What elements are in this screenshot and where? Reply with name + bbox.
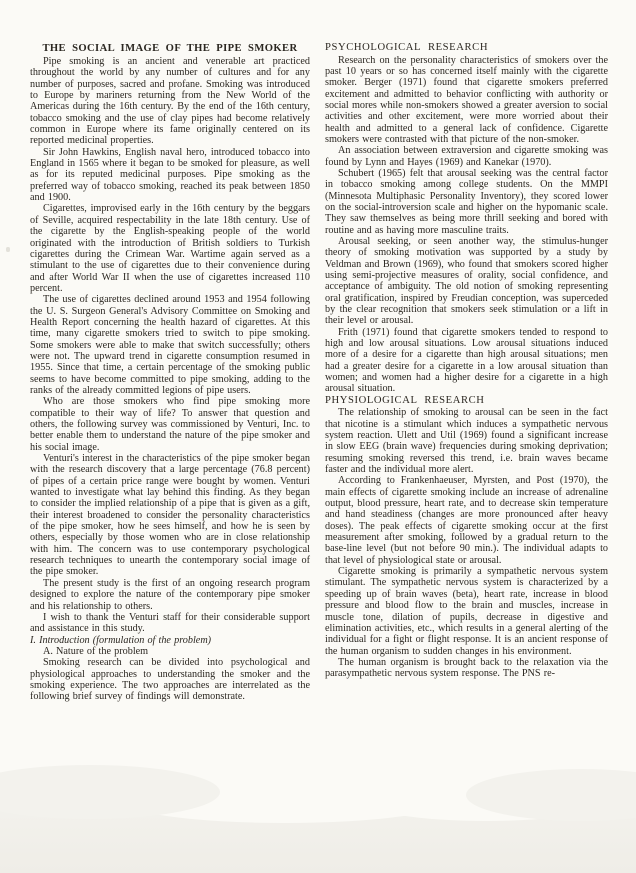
body-paragraph: Venturi's interest in the characteristic… — [30, 453, 310, 578]
body-paragraph: Research on the personality characterist… — [325, 55, 608, 146]
body-paragraph: The present study is the first of an ong… — [30, 578, 310, 612]
two-column-layout: THE SOCIAL IMAGE OF THE PIPE SMOKER Pipe… — [30, 42, 608, 703]
body-paragraph: An association between extraversion and … — [325, 145, 608, 168]
section-heading-physiological-research: PHYSIOLOGICAL RESEARCH — [325, 395, 608, 408]
scan-shadow-artifact — [0, 799, 636, 873]
scan-speck-artifact — [6, 247, 10, 252]
body-paragraph: Schubert (1965) felt that arousal seekin… — [325, 168, 608, 236]
body-paragraph: The use of cigarettes declined around 19… — [30, 294, 310, 396]
body-paragraph: Smoking research can be divided into psy… — [30, 657, 310, 702]
body-paragraph: The relationship of smoking to arousal c… — [325, 407, 608, 475]
section-heading-introduction: I. Introduction (formulation of the prob… — [30, 635, 310, 646]
subsection-heading-nature-of-problem: A. Nature of the problem — [30, 646, 310, 657]
body-paragraph: Frith (1971) found that cigarette smoker… — [325, 327, 608, 395]
left-column: THE SOCIAL IMAGE OF THE PIPE SMOKER Pipe… — [30, 42, 310, 703]
body-paragraph: I wish to thank the Venturi staff for th… — [30, 612, 310, 635]
body-paragraph: Cigarettes, improvised early in the 16th… — [30, 203, 310, 294]
body-paragraph: The human organism is brought back to th… — [325, 657, 608, 680]
article-title: THE SOCIAL IMAGE OF THE PIPE SMOKER — [30, 42, 310, 55]
body-paragraph: Sir John Hawkins, English naval hero, in… — [30, 147, 310, 204]
body-paragraph: Arousal seeking, or seen another way, th… — [325, 236, 608, 327]
right-column: PSYCHOLOGICAL RESEARCH Research on the p… — [325, 42, 608, 703]
body-paragraph: Cigarette smoking is primarily a sympath… — [325, 566, 608, 657]
body-paragraph: Who are those smokers who find pipe smok… — [30, 396, 310, 453]
body-paragraph: According to Frankenhaeuser, Myrsten, an… — [325, 475, 608, 566]
body-paragraph: Pipe smoking is an ancient and venerable… — [30, 56, 310, 147]
scanned-page: THE SOCIAL IMAGE OF THE PIPE SMOKER Pipe… — [0, 0, 636, 873]
section-heading-psychological-research: PSYCHOLOGICAL RESEARCH — [325, 42, 608, 55]
